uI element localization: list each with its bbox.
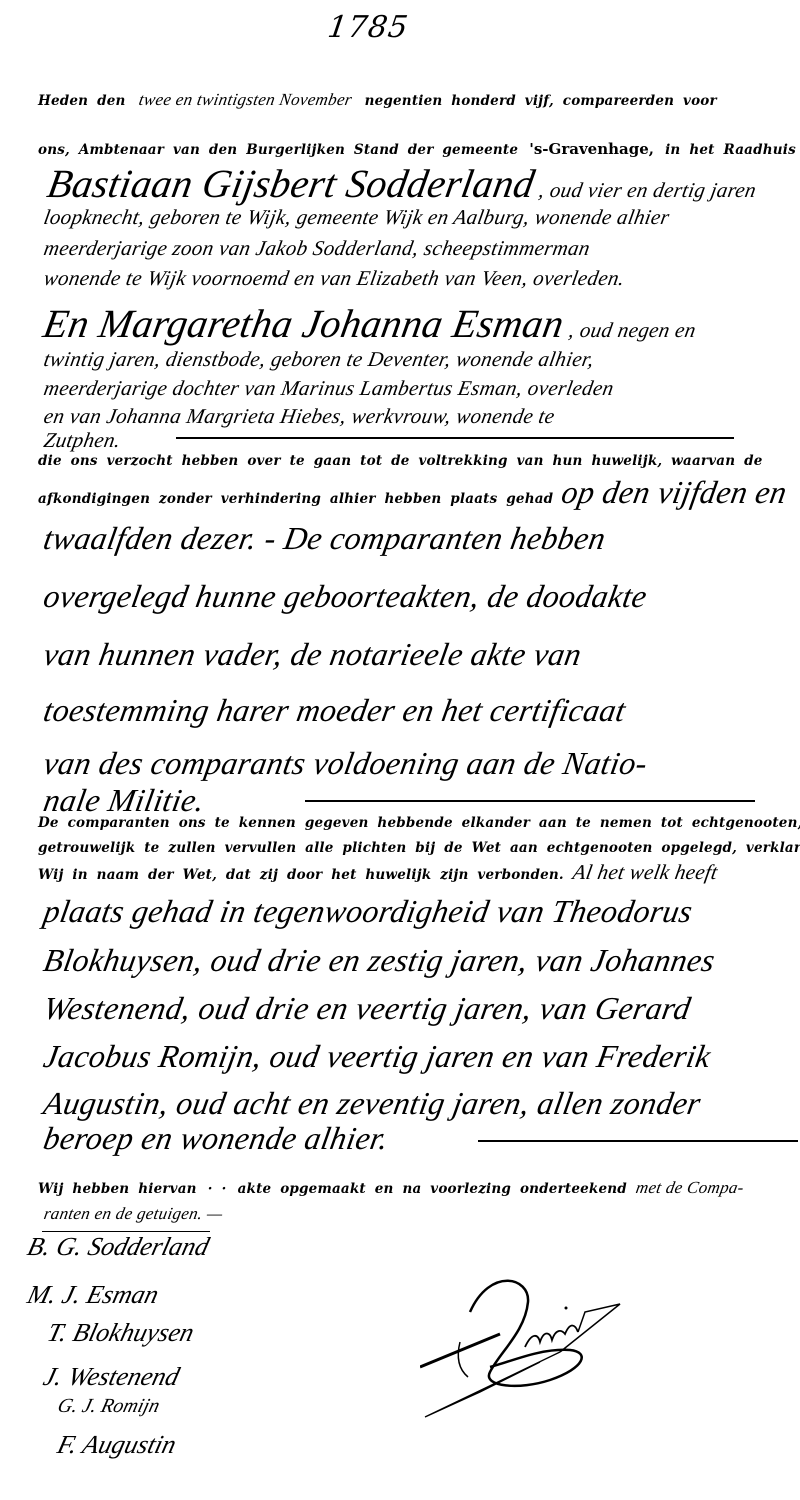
bride-occupation-line: twintig jaren, dienstbode, geboren te De… xyxy=(42,347,772,372)
groom-name-line: Bastiaan Gijsbert Sodderland , oud vier … xyxy=(48,160,770,207)
bride-name-line: En Margaretha Johanna Esman , oud negen … xyxy=(44,300,770,347)
documents-line-1: twaalfden dezer. - De comparanten hebben xyxy=(41,520,774,557)
handwritten-date: twee en twintigsten November xyxy=(137,90,353,110)
printed-text: ons, Ambtenaar van den Burgerlijken Stan… xyxy=(38,142,518,158)
signature-witness-1: T. Blokhuysen xyxy=(44,1318,197,1348)
witness-line-3: Westenend, oud drie en veertig jaren, va… xyxy=(41,990,774,1027)
printed-text: Heden den xyxy=(38,93,126,109)
bride-age: , oud negen en xyxy=(566,318,697,343)
signature-witness-2: J. Westenend xyxy=(40,1362,182,1392)
bride-mother-line: en van Johanna Margrieta Hiebes, werkvro… xyxy=(42,404,772,429)
bride-name: En Margaretha Johanna Esman xyxy=(40,300,568,347)
witness-line-4: Jacobus Romijn, oud veertig jaren en van… xyxy=(41,1038,774,1075)
declaration-line-1: De comparanten ons te kennen gegeven heb… xyxy=(38,815,770,831)
witness-line-5: Augustin, oud acht en zeventig jaren, al… xyxy=(41,1085,774,1122)
documents-line-2: overgelegd hunne geboorteakten, de dooda… xyxy=(41,578,774,615)
record-number: 1785 xyxy=(326,10,411,45)
witness-line-2: Blokhuysen, oud drie en zestig jaren, va… xyxy=(41,942,774,979)
bride-mother-residence: Zutphen. xyxy=(42,428,772,453)
witness-line-1: plaats gehad in tegenwoordigheid van The… xyxy=(41,893,774,930)
printed-text: Wij in naam der Wet, dat zij door het hu… xyxy=(38,867,564,883)
declaration-line-3: Wij in naam der Wet, dat zij door het hu… xyxy=(38,860,770,885)
signature-witness-4: F. Augustin xyxy=(54,1430,179,1460)
witness-line-6: beroep en wonende alhier. xyxy=(41,1120,774,1157)
signature-witness-3: G. J. Romijn xyxy=(55,1395,162,1418)
groom-mother-line: wonende te Wijk voornoemd en van Elizabe… xyxy=(42,266,772,291)
blank-space: · · xyxy=(208,1181,227,1197)
marriage-record-page: 1785 Heden den twee en twintigsten Novem… xyxy=(0,0,800,1500)
signature-bride: M. J. Esman xyxy=(24,1280,161,1310)
closing-line-1: Wij hebben hiervan · · akte opgemaakt en… xyxy=(38,1178,770,1198)
banns-line-2: afkondigingen zonder verhindering alhier… xyxy=(38,474,770,511)
groom-name: Bastiaan Gijsbert Sodderland xyxy=(44,160,538,207)
closing-line-2: ranten en de getuigen. — xyxy=(42,1204,772,1224)
groom-age: , oud vier en dertig jaren xyxy=(537,178,758,203)
witness-intro: Al het welk heeft xyxy=(571,860,720,885)
declaration-line-2: getrouwelijk te zullen vervullen alle pl… xyxy=(38,840,770,856)
fill-line xyxy=(305,800,755,802)
printed-text: negentien honderd vijf, compareerden voo… xyxy=(365,93,717,109)
printed-text: Wij hebben hiervan xyxy=(38,1181,197,1197)
fill-line xyxy=(176,437,734,439)
printed-text: in het Raadhuis xyxy=(665,142,796,158)
documents-line-5: van des comparants voldoening aan de Nat… xyxy=(41,745,774,782)
documents-line-4: toestemming harer moeder en het certific… xyxy=(41,692,774,729)
registrar-line: ons, Ambtenaar van den Burgerlijken Stan… xyxy=(38,139,770,158)
printed-text: akte opgemaakt en na voorlezing ondertee… xyxy=(238,1181,627,1197)
bride-father-line: meerderjarige dochter van Marinus Lamber… xyxy=(42,376,772,401)
documents-line-3: van hunnen vader, de notarieele akte van xyxy=(41,636,774,673)
groom-occupation-line: loopknecht, geboren te Wijk, gemeente Wi… xyxy=(42,205,772,230)
municipality-name: 's-Gravenhage, xyxy=(529,140,654,158)
fill-line xyxy=(478,1140,798,1142)
opening-date-line: Heden den twee en twintigsten November n… xyxy=(38,90,770,110)
groom-father-line: meerderjarige zoon van Jakob Sodderland,… xyxy=(42,236,772,261)
closing-handwritten: met de Compa- xyxy=(634,1178,745,1198)
official-signature-flourish: Jonnig xyxy=(420,1272,670,1422)
printed-text: afkondigingen zonder verhindering alhier… xyxy=(38,491,553,507)
banns-dates: op den vijfden en xyxy=(559,474,790,511)
signature-groom: B. G. Sodderland xyxy=(24,1232,212,1262)
banns-line-1: die ons verzocht hebben over te gaan tot… xyxy=(38,453,770,469)
